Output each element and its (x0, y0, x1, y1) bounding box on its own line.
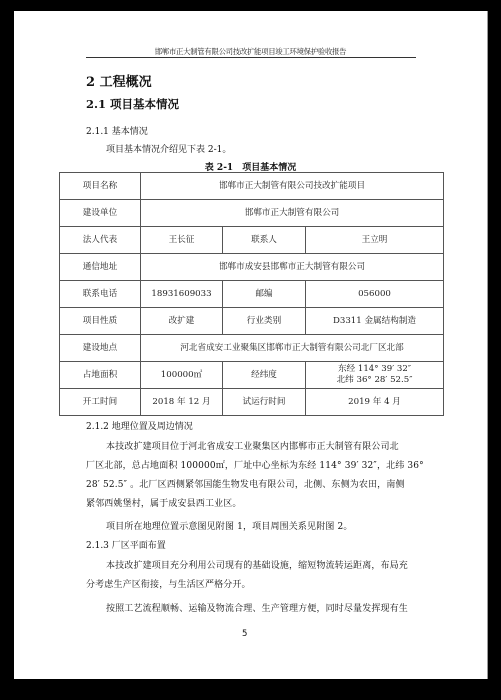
table-row: 建设地点 河北省成安工业聚集区邯郸市正大制管有限公司北厂区北部 (60, 335, 444, 362)
table-row: 联系电话 18931609033 邮编 056000 (60, 281, 444, 308)
longitude: 东经 114° 39′ 32″ (306, 364, 443, 375)
row-label: 法人代表 (60, 227, 141, 254)
row-label-2: 经纬度 (223, 362, 306, 389)
header-rule (86, 57, 416, 58)
row-label-2: 联系人 (223, 227, 306, 254)
row-label: 建设地点 (60, 335, 141, 362)
section-heading-3-geo: 2.1.2 地理位置及周边情况 (86, 419, 193, 432)
row-label: 开工时间 (60, 389, 141, 416)
section-heading-2: 2.1 项目基本情况 (86, 96, 179, 112)
running-header: 邯郸市正大制管有限公司技改扩能项目竣工环境保护验收报告 (86, 46, 415, 57)
row-value-2: D3311 金属结构制造 (306, 308, 444, 335)
table-row: 开工时间 2018 年 12 月 试运行时间 2019 年 4 月 (60, 389, 444, 416)
row-value: 王长征 (141, 227, 223, 254)
layout-paragraph-line: 本技改扩建项目充分利用公司现有的基础设施，缩短物流转运距离，布局充 (106, 558, 436, 571)
section-heading-3-basic: 2.1.1 基本情况 (86, 124, 148, 137)
geo-paragraph-line: 厂区北部，总占地面积 100000㎡，厂址中心坐标为东经 114° 39′ 32… (86, 458, 416, 471)
table-row: 项目名称 邯郸市正大制管有限公司技改扩能项目 (60, 173, 444, 200)
layout-paragraph-line: 分考虑生产区衔接，与生活区严格分开。 (86, 577, 416, 590)
row-value: 2018 年 12 月 (141, 389, 223, 416)
project-info-table: 项目名称 邯郸市正大制管有限公司技改扩能项目 建设单位 邯郸市正大制管有限公司 … (59, 172, 444, 416)
table-row: 项目性质 改扩建 行业类别 D3311 金属结构制造 (60, 308, 444, 335)
row-label: 占地面积 (60, 362, 141, 389)
row-label: 项目性质 (60, 308, 141, 335)
row-value-2: 东经 114° 39′ 32″ 北纬 36° 28′ 52.5″ (306, 362, 444, 389)
row-value: 邯郸市正大制管有限公司技改扩能项目 (141, 173, 444, 200)
row-value: 河北省成安工业聚集区邯郸市正大制管有限公司北厂区北部 (141, 335, 444, 362)
page-number: 5 (242, 629, 247, 639)
latitude: 北纬 36° 28′ 52.5″ (306, 375, 443, 386)
table-row: 占地面积 100000㎡ 经纬度 东经 114° 39′ 32″ 北纬 36° … (60, 362, 444, 389)
row-value-2: 2019 年 4 月 (306, 389, 444, 416)
row-label: 联系电话 (60, 281, 141, 308)
document-page: 邯郸市正大制管有限公司技改扩能项目竣工环境保护验收报告 2 工程概况 2.1 项… (14, 11, 488, 679)
geo-figure-reference: 项目所在地理位置示意图见附图 1，项目周围关系见附图 2。 (106, 519, 436, 532)
geo-paragraph-line: 28′ 52.5″ 。北厂区西侧紧邻国能生物发电有限公司，北侧、东侧为农田，南侧 (86, 477, 416, 490)
row-label-2: 行业类别 (223, 308, 306, 335)
row-value-2: 王立明 (306, 227, 444, 254)
row-value: 邯郸市成安县邯郸市正大制管有限公司 (141, 254, 444, 281)
row-label-2: 试运行时间 (223, 389, 306, 416)
intro-paragraph: 项目基本情况介绍见下表 2-1。 (106, 142, 231, 155)
section-heading-3-layout: 2.1.3 厂区平面布置 (86, 538, 166, 551)
row-label: 通信地址 (60, 254, 141, 281)
geo-paragraph-line: 本技改扩建项目位于河北省成安工业聚集区内邯郸市正大制管有限公司北 (106, 439, 436, 452)
row-value: 改扩建 (141, 308, 223, 335)
layout-paragraph-line: 按照工艺流程顺畅、运输及物流合理、生产管理方便，同时尽量发挥现有生 (106, 601, 436, 614)
table-row: 通信地址 邯郸市成安县邯郸市正大制管有限公司 (60, 254, 444, 281)
table-row: 法人代表 王长征 联系人 王立明 (60, 227, 444, 254)
row-value: 18931609033 (141, 281, 223, 308)
row-value: 100000㎡ (141, 362, 223, 389)
section-heading-1: 2 工程概况 (86, 71, 152, 90)
row-value-2: 056000 (306, 281, 444, 308)
row-value: 邯郸市正大制管有限公司 (141, 200, 444, 227)
row-label-2: 邮编 (223, 281, 306, 308)
row-label: 项目名称 (60, 173, 141, 200)
geo-paragraph-line: 紧邻西姚堡村，属于成安县西工业区。 (86, 496, 416, 509)
table-row: 建设单位 邯郸市正大制管有限公司 (60, 200, 444, 227)
row-label: 建设单位 (60, 200, 141, 227)
